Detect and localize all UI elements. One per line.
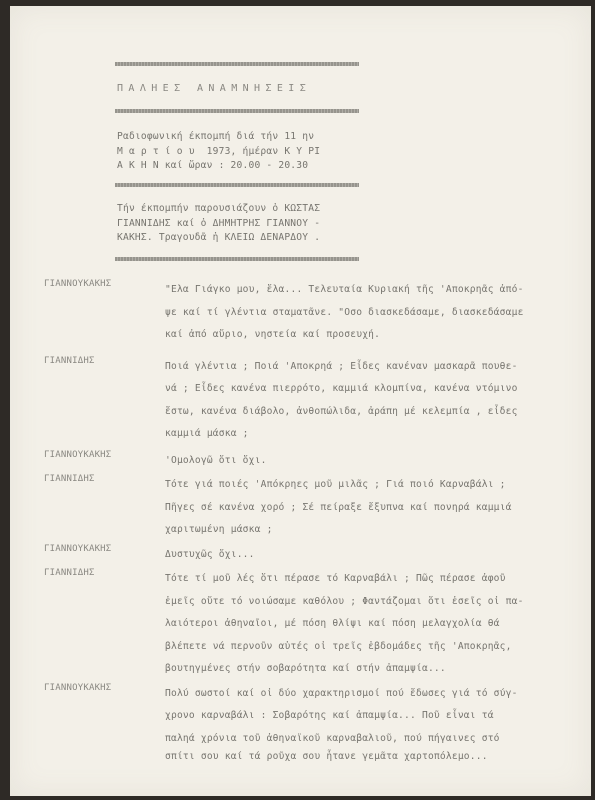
dialogue-line: βουτηγμένες στήν σοβαρότητα καί στήν ἀπα… <box>165 658 591 681</box>
top-separator <box>115 62 359 66</box>
speaker-name: ΓΙΑΝΝΙΔΗΣ <box>44 568 95 578</box>
document-title: ΠΑΛΗΕΣ ΑΝΑΜΝΗΣΕΙΣ <box>117 83 311 94</box>
credits-separator <box>115 257 359 261</box>
dialogue-line: Ποιά γλέντια ; Ποιά 'Αποκρηά ; Εἶδες καν… <box>165 356 591 379</box>
dialogue-line: καμμιά μάσκα ; <box>165 423 591 446</box>
dialogue-line: Δυστυχῶς ὄχι... <box>165 544 591 567</box>
dialogue-line: σπίτι σου καί τά ροῦχα σου ἦτανε γεμᾶτα … <box>165 750 591 764</box>
info-separator <box>115 183 359 187</box>
dialogue-line: χαριτωμένη μάσκα ; <box>165 519 591 542</box>
broadcast-info-line: Ραδιοφωνική έκπομπή διά τήν 11 ην <box>117 130 367 145</box>
document-page: ΠΑΛΗΕΣ ΑΝΑΜΝΗΣΕΙΣ Ραδιοφωνική έκπομπή δι… <box>10 6 591 796</box>
credits-line: Τήν έκπομπήν παρουσιάζουν ὁ ΚΩΣΤΑΣ <box>117 202 367 217</box>
speaker-name: ΓΙΑΝΝΙΔΗΣ <box>44 474 95 484</box>
dialogue-line: Τότε τί μοῦ λές ὅτι πέρασε τό Καρναβάλι … <box>165 568 591 591</box>
dialogue-line: χρονο καρναβάλι : Σοβαρότης καί ἀπαμψία.… <box>165 705 591 728</box>
dialogue-turn: ΓΙΑΝΝΙΔΗΣ Ποιά γλέντια ; Ποιά 'Αποκρηά ;… <box>10 356 591 446</box>
dialogue-line: ἐμεῖς οὔτε τό νοιώσαμε καθόλου ; Φαντάζο… <box>165 591 591 614</box>
speaker-name: ΓΙΑΝΝΟΥΚΑΚΗΣ <box>44 450 111 460</box>
dialogue-turn: ΓΙΑΝΝΟΥΚΑΚΗΣ "Ελα Γιάγκο μου, ἔλα... Τελ… <box>10 279 591 347</box>
dialogue-line: νά ; Εἶδες κανένα πιερρότο, καμμιά κλομπ… <box>165 378 591 401</box>
dialogue-line: 'Ομολογῶ ὅτι ὄχι. <box>165 450 591 473</box>
credits: Τήν έκπομπήν παρουσιάζουν ὁ ΚΩΣΤΑΣ ΓΙΑΝΝ… <box>117 202 367 246</box>
dialogue-line: "Ελα Γιάγκο μου, ἔλα... Τελευταία Κυριακ… <box>165 279 591 302</box>
title-separator <box>115 109 359 113</box>
speaker-name: ΓΙΑΝΝΟΥΚΑΚΗΣ <box>44 544 111 554</box>
dialogue-line: ἔστω, κανένα διάβολο, ἀνθοπώλιδα, ἀράπη … <box>165 401 591 424</box>
speaker-name: ΓΙΑΝΝΟΥΚΑΚΗΣ <box>44 279 111 289</box>
dialogue-line: Πολύ σωστοί καί οἱ δύο χαρακτηρισμοί πού… <box>165 683 591 706</box>
dialogue-line: ψε καί τί γλέντια σταματᾶνε. "Οσο διασκε… <box>165 302 591 325</box>
broadcast-info-line: Α Κ Η Ν καί ὥραν : 20.00 - 20.30 <box>117 159 367 174</box>
dialogue-turn: ΓΙΑΝΝΟΥΚΑΚΗΣ Δυστυχῶς ὄχι... <box>10 544 591 567</box>
dialogue-turn: ΓΙΑΝΝΙΔΗΣ Τότε τί μοῦ λές ὅτι πέρασε τό … <box>10 568 591 681</box>
dialogue-turn: ΓΙΑΝΝΟΥΚΑΚΗΣ 'Ομολογῶ ὅτι ὄχι. <box>10 450 591 473</box>
dialogue-line: λαιότεροι ἀθηναῖοι, μέ πόση θλίψι καί πό… <box>165 613 591 636</box>
dialogue: ΓΙΑΝΝΟΥΚΑΚΗΣ "Ελα Γιάγκο μου, ἔλα... Τελ… <box>10 279 591 764</box>
dialogue-line: παληά χρόνια τοῦ ἀθηναϊκοῦ καρναβαλιοῦ, … <box>165 728 591 751</box>
dialogue-line: Πῆγες σέ κανένα χορό ; Σέ πείραξε ἔξυπνα… <box>165 497 591 520</box>
speaker-name: ΓΙΑΝΝΙΔΗΣ <box>44 356 95 366</box>
dialogue-line: βλέπετε νά περνοῦν αὐτές οἱ τρεῖς ἑβδομά… <box>165 636 591 659</box>
dialogue-turn: ΓΙΑΝΝΙΔΗΣ Τότε γιά ποιές 'Απόκρηες μοῦ μ… <box>10 474 591 542</box>
dialogue-turn: ΓΙΑΝΝΟΥΚΑΚΗΣ Πολύ σωστοί καί οἱ δύο χαρα… <box>10 683 591 765</box>
credits-line: ΓΙΑΝΝΙΔΗΣ καί ὁ ΔΗΜΗΤΡΗΣ ΓΙΑΝΝΟΥ - <box>117 217 367 232</box>
credits-line: ΚΑΚΗΣ. Τραγουδᾶ ἡ ΚΛΕΙΩ ΔΕΝΑΡΔΟΥ . <box>117 231 367 246</box>
dialogue-line: καί ἀπό αὔριο, νηστεία καί προσευχή. <box>165 324 591 347</box>
broadcast-info-line: Μ α ρ τ ί ο υ 1973, ήμέραν Κ Υ ΡΙ <box>117 145 367 160</box>
dialogue-line: Τότε γιά ποιές 'Απόκρηες μοῦ μιλᾶς ; Γιά… <box>165 474 591 497</box>
speaker-name: ΓΙΑΝΝΟΥΚΑΚΗΣ <box>44 683 111 693</box>
broadcast-info: Ραδιοφωνική έκπομπή διά τήν 11 ην Μ α ρ … <box>117 130 367 174</box>
